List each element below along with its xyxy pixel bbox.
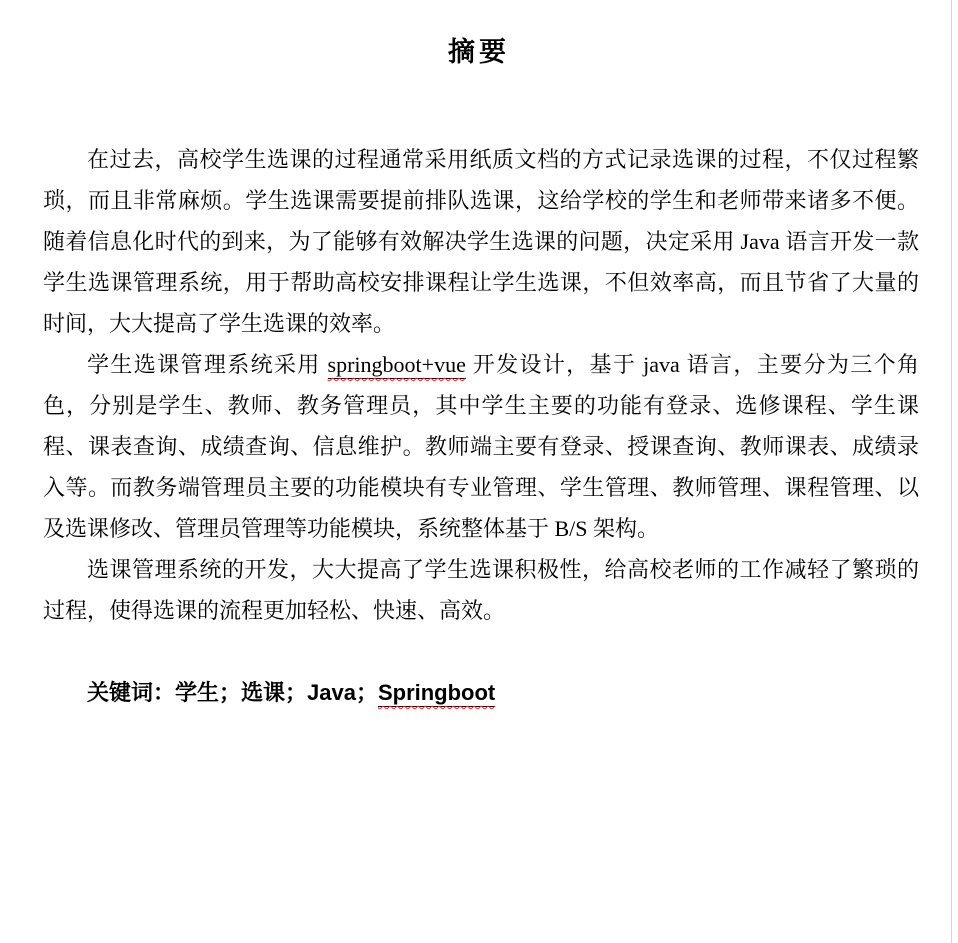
underlined-term: springboot+vue (328, 352, 466, 379)
keywords-line: 关键词：学生；选课；Java；Springboot (43, 672, 919, 713)
text-segment: 学生选课管理系统采用 (87, 352, 328, 377)
abstract-body: 在过去，高校学生选课的过程通常采用纸质文档的方式记录选课的过程，不仅过程繁琐，而… (0, 139, 958, 631)
text-segment: 在过去，高校学生选课的过程通常采用纸质文档的方式记录选课的过程，不仅过程繁琐，而… (43, 147, 919, 336)
text-segment: 关键词：学生；选课；Java； (87, 680, 378, 705)
document-page: 摘要 在过去，高校学生选课的过程通常采用纸质文档的方式记录选课的过程，不仅过程繁… (0, 0, 958, 943)
page-title: 摘要 (0, 0, 958, 69)
paragraph: 学生选课管理系统采用 springboot+vue 开发设计，基于 java 语… (43, 344, 919, 549)
underlined-term: Springboot (378, 680, 495, 707)
paragraph: 选课管理系统的开发，大大提高了学生选课积极性，给高校老师的工作减轻了繁琐的过程，… (43, 549, 919, 631)
paragraph: 在过去，高校学生选课的过程通常采用纸质文档的方式记录选课的过程，不仅过程繁琐，而… (43, 139, 919, 344)
text-segment: 开发设计，基于 java 语言，主要分为三个角色，分别是学生、教师、教务管理员，… (43, 352, 919, 541)
page-edge-line (951, 0, 952, 943)
text-segment: 选课管理系统的开发，大大提高了学生选课积极性，给高校老师的工作减轻了繁琐的过程，… (43, 557, 919, 623)
